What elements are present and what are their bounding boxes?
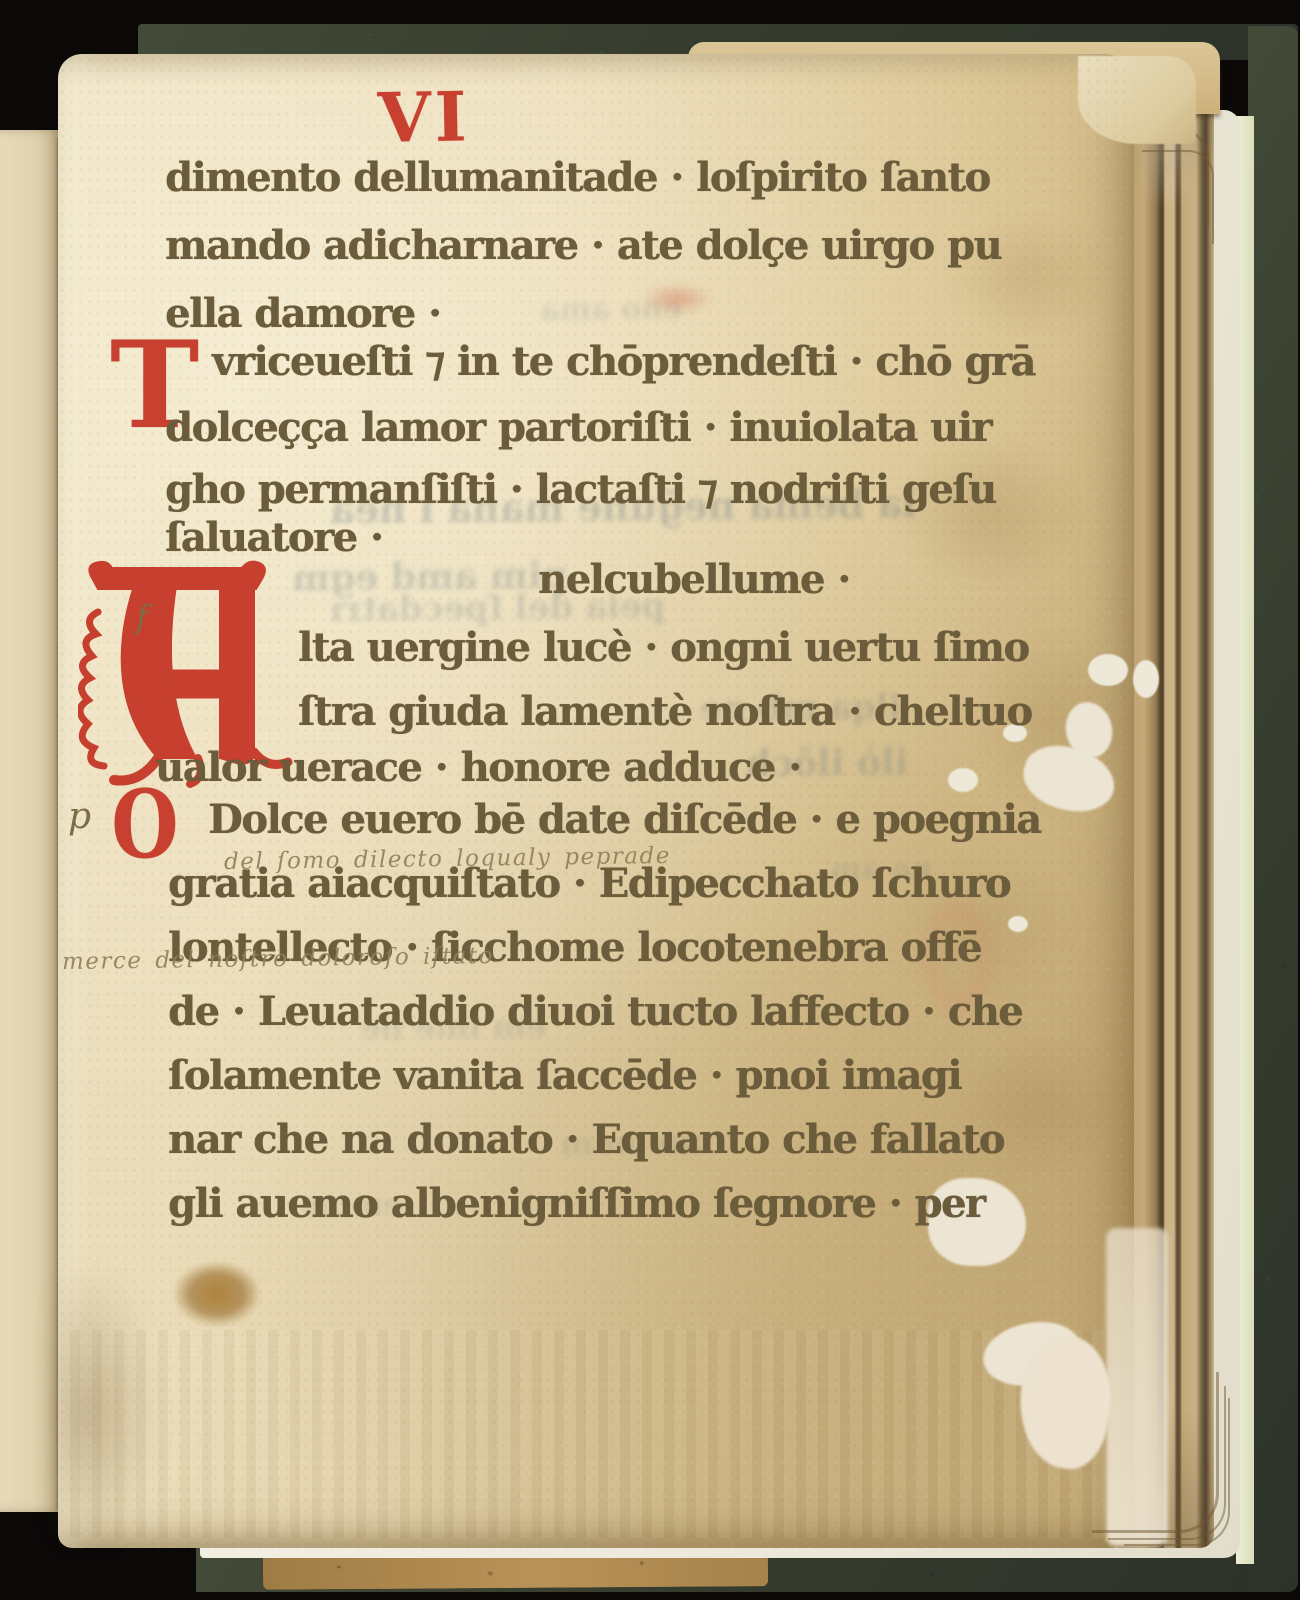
manuscript-line: gli auemo albenigniſſimo ſegnore · per	[168, 1184, 984, 1224]
manuscript-photo: eno ama la bema neḡune mana ı nea pim am…	[0, 0, 1300, 1600]
manuscript-line: ella damore ·	[165, 294, 440, 334]
damage-spot	[1133, 660, 1159, 698]
worn-edge-band	[1106, 1228, 1168, 1546]
guide-letter-p: p	[68, 796, 91, 837]
manuscript-line: mando adicharnare · ate dolçe uirgo pu	[165, 226, 1001, 266]
manuscript-line: de · Leuataddio diuoi tucto laffecto · c…	[168, 992, 1022, 1032]
manuscript-line: dimento dellumanitade · loſpirito ſanto	[165, 158, 990, 198]
guide-letter-f: f	[136, 598, 148, 636]
brown-stain	[158, 1250, 276, 1338]
manuscript-line: nar che na donato · Equanto che fallato	[168, 1120, 1004, 1160]
manuscript-line: vriceueſti ⁊ in te chōprendeſti · chō gr…	[212, 342, 1035, 382]
facing-page-sliver	[0, 130, 63, 1512]
folio-number: VI	[377, 83, 471, 153]
manuscript-line: Dolce euero bē date diſcēde · e poegnia	[208, 800, 1041, 840]
damage-spot	[1088, 654, 1128, 686]
show-through-text: eno ama	[540, 291, 682, 327]
binding-cloth-right	[1248, 26, 1298, 1592]
manuscript-line: gratia aiacquiſtato · Edipecchato ſchuro	[168, 864, 1010, 904]
manuscript-line: ualor uerace · honore adduce ·	[155, 748, 801, 788]
manuscript-line: nelcubellume ·	[538, 560, 850, 600]
manuscript-line: ſolamente vanita ſaccēde · pnoi imagi	[168, 1056, 961, 1096]
manuscript-line: ſaluatore ·	[165, 518, 382, 558]
manuscript-line: lta uergine lucè · ongni uertu ſimo	[298, 628, 1029, 668]
damage-spot	[948, 768, 978, 792]
manuscript-line: dolceçça lamor partoriſti · inuiolata ui…	[165, 408, 991, 448]
damage-spot	[1008, 916, 1028, 932]
manuscript-line: gho permanſiſti · lactaſti ⁊ nodriſti ge…	[165, 470, 996, 510]
rubric-initial-O: O	[111, 778, 178, 872]
manuscript-line: ſtra giuda lamentè noſtra · cheltuo	[298, 692, 1032, 732]
